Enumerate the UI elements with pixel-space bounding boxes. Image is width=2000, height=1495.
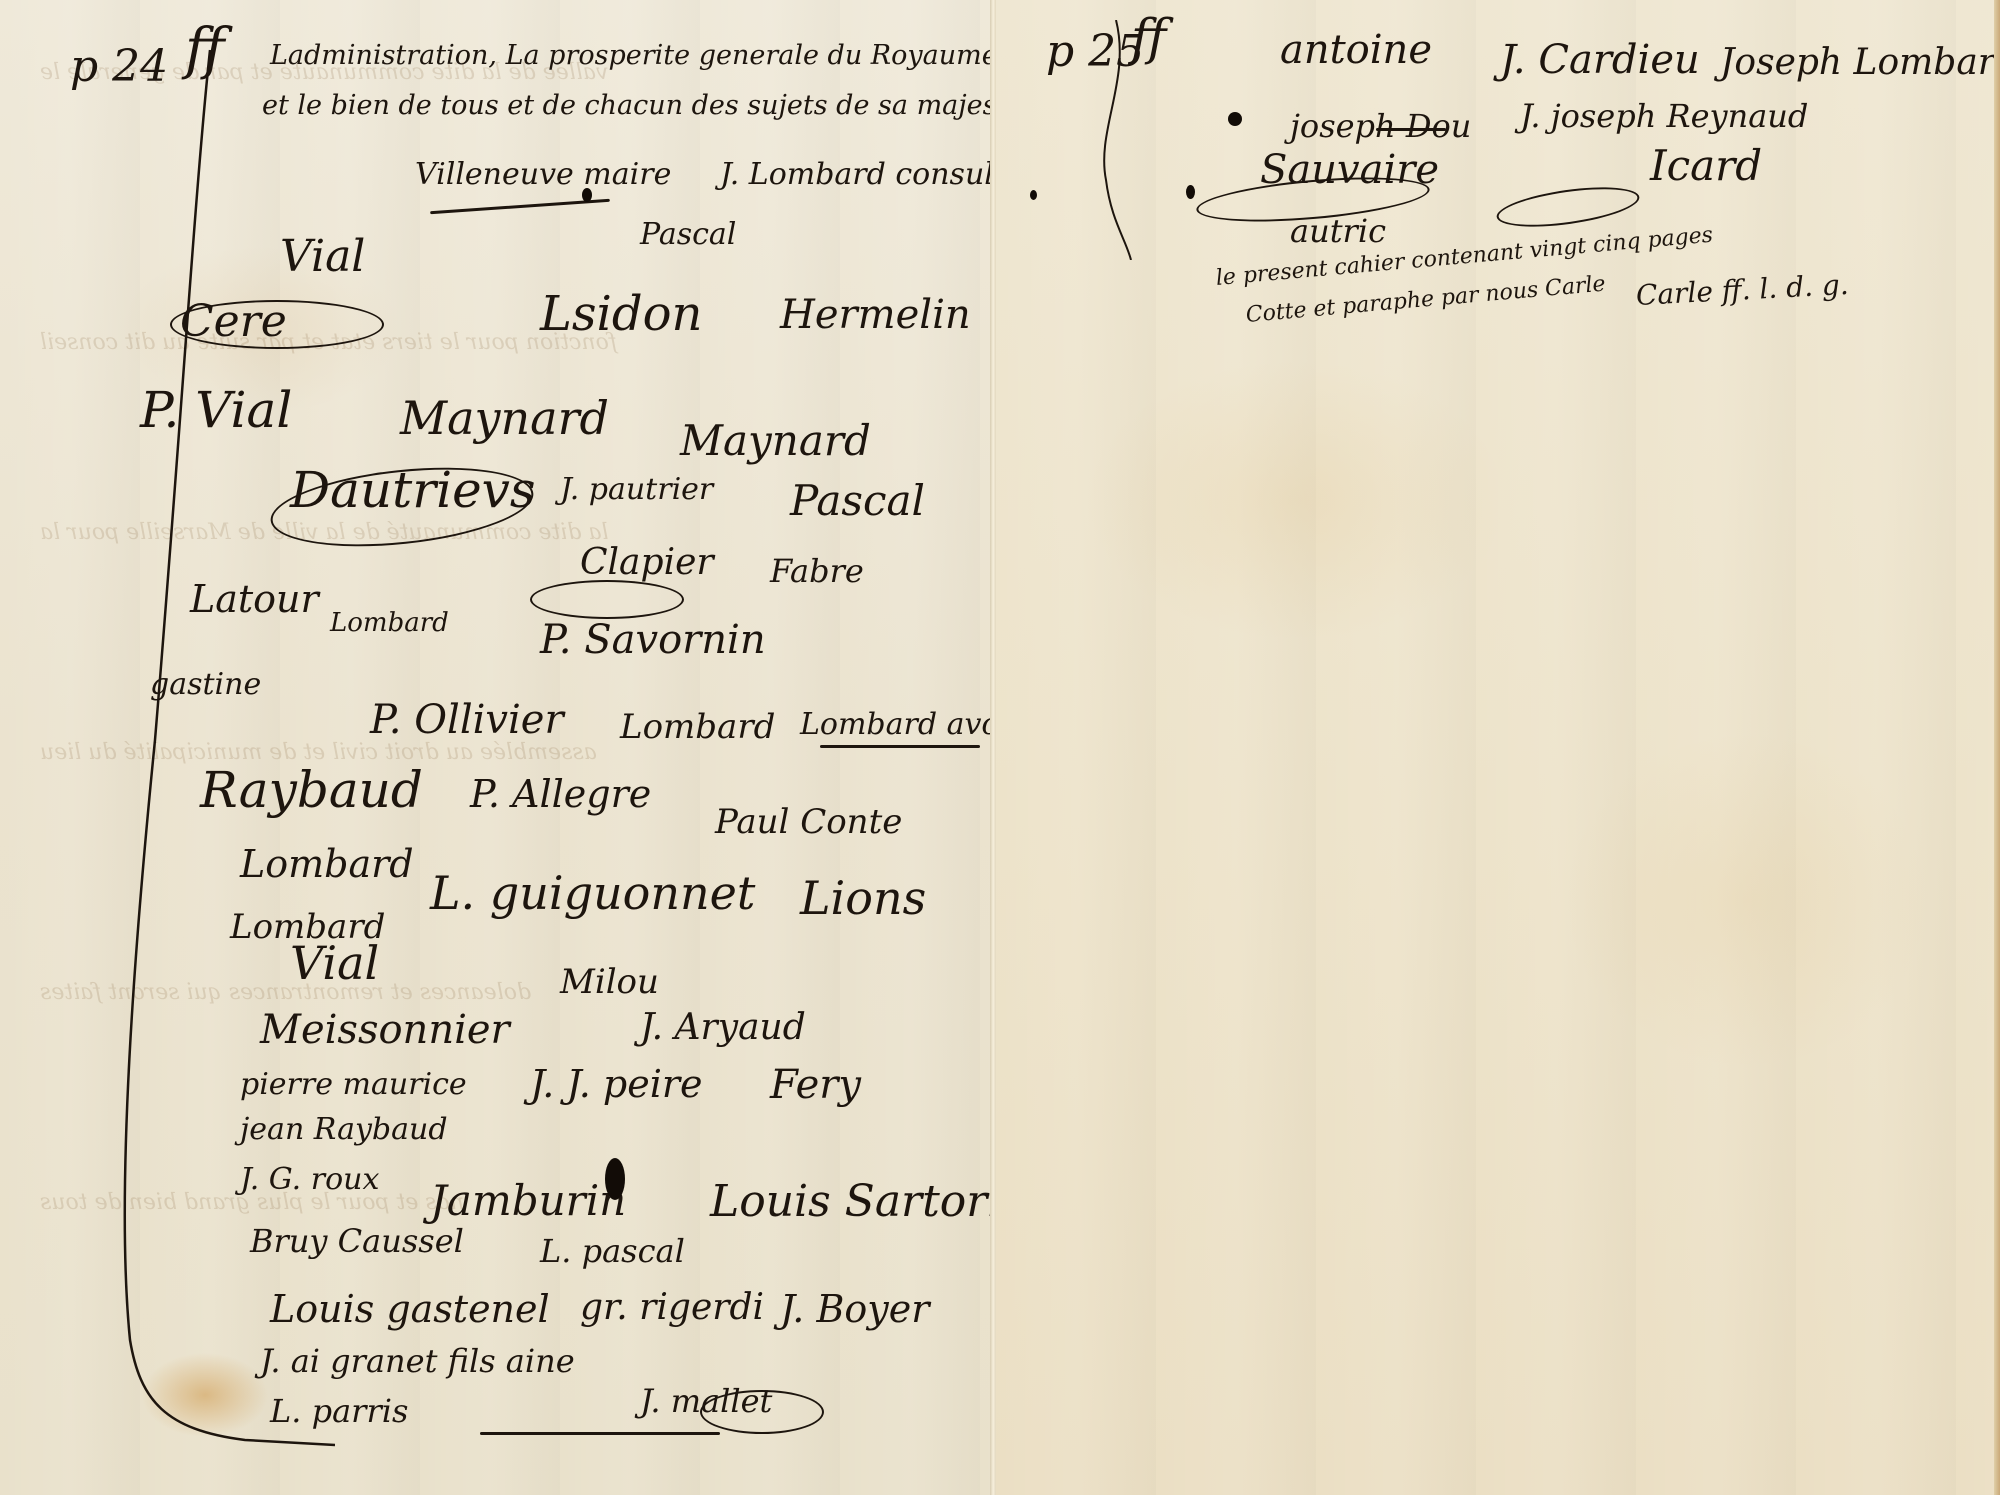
- signature: P. Allegre: [470, 775, 651, 813]
- signature-underline: [1376, 128, 1446, 131]
- signature: autric: [1290, 215, 1386, 247]
- paraph-mark: ff: [185, 22, 225, 78]
- signature: P. Vial: [140, 385, 292, 435]
- signature: Lombard: [620, 710, 775, 744]
- ink-blot: [582, 188, 592, 202]
- signature: L. guiguonnet: [430, 870, 755, 916]
- signature: Latour: [190, 580, 319, 618]
- signature: gr. rigerdi: [580, 1290, 764, 1326]
- signature-flourish: [700, 1390, 824, 1434]
- signature: J. J. peire: [530, 1065, 703, 1103]
- signature: Joseph Lombard: [1720, 45, 2000, 81]
- closing-signature: Carle ff. l. d. g.: [1635, 271, 1849, 310]
- margin-bracket-line: [1076, 20, 1136, 260]
- text-line: et le bien de tous et de chacun des suje…: [262, 92, 992, 119]
- signature: Fabre: [770, 555, 864, 587]
- signature: Pascal: [640, 220, 736, 250]
- signature: Milou: [560, 965, 659, 999]
- signature: L. parris: [270, 1395, 408, 1427]
- page-number: p 24: [70, 45, 168, 89]
- signature-flourish: [1494, 180, 1641, 234]
- signature: L. pascal: [540, 1235, 685, 1267]
- text-line: Ladministration, La prosperite generale …: [270, 42, 992, 69]
- ink-blot: [1186, 185, 1195, 199]
- signature-underline: [430, 199, 610, 215]
- signature: Louis gastenel: [270, 1290, 550, 1328]
- signature: Lombard avocat: [800, 710, 992, 740]
- signature: gastine: [150, 670, 261, 700]
- signature: P. Ollivier: [370, 700, 564, 740]
- signature: J. Lombard consul: [720, 160, 992, 190]
- signature: Paul Conte: [715, 805, 902, 839]
- signature-underline: [480, 1432, 720, 1435]
- ink-blot: [605, 1158, 625, 1200]
- signature: J. pautrier: [560, 475, 713, 505]
- page-edge: [1994, 0, 2000, 1495]
- signature: Maynard: [680, 420, 871, 462]
- right-page: p 25 ff antoineJ. CardieuJoseph Lombardj…: [996, 0, 2000, 1495]
- ink-blot: [1228, 112, 1242, 126]
- signature-flourish: [530, 580, 684, 619]
- ink-blot: [1030, 190, 1037, 200]
- signature: Fery: [770, 1065, 861, 1105]
- signature: jean Raybaud: [240, 1115, 448, 1145]
- signature: J. joseph Reynaud: [1520, 100, 1808, 132]
- paraph-mark: ff: [1131, 12, 1166, 62]
- signature: Lsidon: [540, 290, 702, 338]
- signature-underline: [820, 745, 980, 748]
- signature-flourish: [170, 300, 384, 349]
- signature: J. Boyer: [780, 1290, 929, 1328]
- signature: Clapier: [580, 545, 714, 581]
- signature: Louis Sartoris: [710, 1180, 992, 1224]
- signature: J. Aryaud: [640, 1010, 806, 1046]
- signature: P. Savornin: [540, 620, 766, 660]
- signature: Meissonnier: [260, 1010, 510, 1050]
- signature: Bruy Caussel: [250, 1225, 464, 1257]
- signature: Pascal: [790, 480, 925, 522]
- signature: J. Cardieu: [1500, 40, 1700, 80]
- signature: pierre maurice: [240, 1070, 467, 1100]
- signature: Villeneuve maire: [415, 160, 671, 190]
- signature: J. ai granet fils aine: [260, 1345, 575, 1377]
- signature: Hermelin: [780, 295, 971, 335]
- signature: Vial: [290, 940, 379, 986]
- signature: Jamburin: [430, 1180, 626, 1222]
- signature: Lombard: [240, 845, 414, 883]
- signature: Vial: [280, 235, 365, 279]
- signature: Raybaud: [200, 765, 423, 815]
- signature: J. G. roux: [240, 1165, 379, 1195]
- left-page: vallee de la dite communauté et par de g…: [0, 0, 992, 1495]
- signature: Lombard: [330, 610, 449, 636]
- signature: Maynard: [400, 395, 609, 441]
- signature: Lions: [800, 875, 926, 921]
- signature: antoine: [1280, 30, 1432, 70]
- signature: joseph Dou: [1290, 110, 1471, 142]
- signature: Icard: [1650, 145, 1762, 187]
